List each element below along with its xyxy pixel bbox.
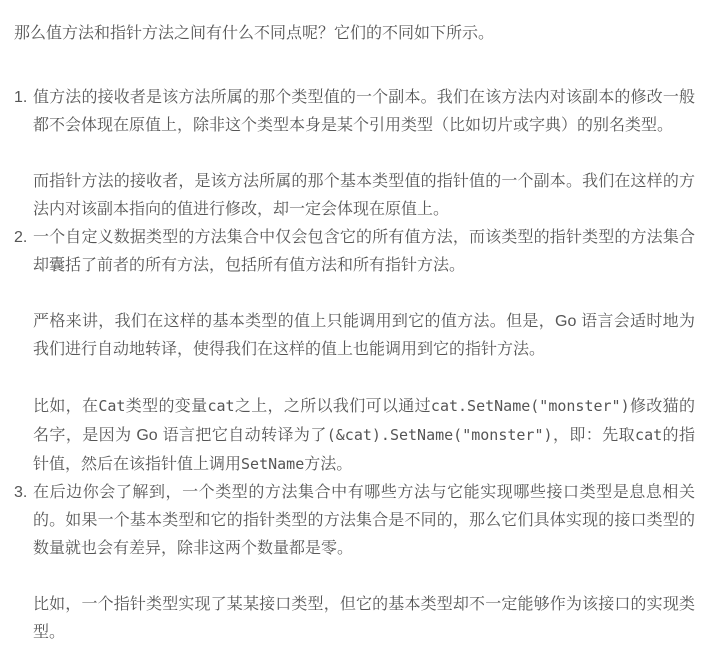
inline-code: cat — [635, 426, 662, 444]
article: 那么值方法和指针方法之间有什么不同点呢？它们的不同如下所示。 1. 值方法的接收… — [0, 0, 709, 655]
inline-code: SetName — [241, 455, 304, 473]
paragraph-text: 方法。 — [304, 456, 352, 473]
paragraph-text: 类型的变量 — [125, 398, 207, 415]
inline-code: Cat — [98, 397, 125, 415]
inline-code: cat.SetName("monster") — [431, 397, 630, 415]
paragraph-text: 值方法的接收者是该方法所属的那个类型值的一个副本。我们在该方法内对该副本的修改一… — [33, 89, 695, 134]
paragraph: 比如，一个指针类型实现了某某接口类型，但它的基本类型却不一定能够作为该接口的实现… — [33, 591, 695, 647]
paragraph: 在后边你会了解到，一个类型的方法集合中有哪些方法与它能实现哪些接口类型是息息相关… — [33, 479, 695, 563]
inline-code: (&cat).SetName("monster") — [327, 426, 553, 444]
paragraph-with-code: 比如，在Cat类型的变量cat之上，之所以我们可以通过cat.SetName("… — [33, 392, 695, 479]
list-item-1: 1. 值方法的接收者是该方法所属的那个类型值的一个副本。我们在该方法内对该副本的… — [33, 84, 695, 224]
paragraph-text: 比如，在 — [33, 398, 98, 415]
paragraph-text: ，即：先取 — [553, 427, 636, 444]
paragraph: 严格来讲，我们在这样的基本类型的值上只能调用到它的值方法。但是，Go 语言会适时… — [33, 308, 695, 364]
paragraph-text: 比如，一个指针类型实现了某某接口类型，但它的基本类型却不一定能够作为该接口的实现… — [33, 596, 695, 641]
intro-paragraph: 那么值方法和指针方法之间有什么不同点呢？它们的不同如下所示。 — [14, 20, 695, 48]
list-item-2-body: 一个自定义数据类型的方法集合中仅会包含它的所有值方法，而该类型的指针类型的方法集… — [33, 224, 695, 479]
paragraph: 一个自定义数据类型的方法集合中仅会包含它的所有值方法，而该类型的指针类型的方法集… — [33, 224, 695, 280]
list-item-2: 2. 一个自定义数据类型的方法集合中仅会包含它的所有值方法，而该类型的指针类型的… — [33, 224, 695, 479]
paragraph-text: 一个自定义数据类型的方法集合中仅会包含它的所有值方法，而该类型的指针类型的方法集… — [33, 229, 695, 274]
paragraph-text: 之上，之所以我们可以通过 — [235, 398, 431, 415]
list-item-1-body: 值方法的接收者是该方法所属的那个类型值的一个副本。我们在该方法内对该副本的修改一… — [33, 84, 695, 224]
inline-code: cat — [207, 397, 234, 415]
list-item-3: 3. 在后边你会了解到，一个类型的方法集合中有哪些方法与它能实现哪些接口类型是息… — [33, 479, 695, 647]
paragraph-text: 而指针方法的接收者，是该方法所属的那个基本类型值的指针值的一个副本。我们在这样的… — [33, 173, 695, 218]
intro-text: 那么值方法和指针方法之间有什么不同点呢？它们的不同如下所示。 — [14, 25, 494, 42]
paragraph: 而指针方法的接收者，是该方法所属的那个基本类型值的指针值的一个副本。我们在这样的… — [33, 168, 695, 224]
list-item-3-number: 3. — [14, 479, 33, 507]
paragraph: 值方法的接收者是该方法所属的那个类型值的一个副本。我们在该方法内对该副本的修改一… — [33, 84, 695, 140]
list-item-3-body: 在后边你会了解到，一个类型的方法集合中有哪些方法与它能实现哪些接口类型是息息相关… — [33, 479, 695, 647]
list-item-2-number: 2. — [14, 224, 33, 252]
paragraph-text: 在后边你会了解到，一个类型的方法集合中有哪些方法与它能实现哪些接口类型是息息相关… — [33, 484, 695, 557]
list-item-1-number: 1. — [14, 84, 33, 112]
numbered-list: 1. 值方法的接收者是该方法所属的那个类型值的一个副本。我们在该方法内对该副本的… — [14, 84, 695, 647]
paragraph-text: 严格来讲，我们在这样的基本类型的值上只能调用到它的值方法。但是，Go 语言会适时… — [33, 313, 695, 358]
